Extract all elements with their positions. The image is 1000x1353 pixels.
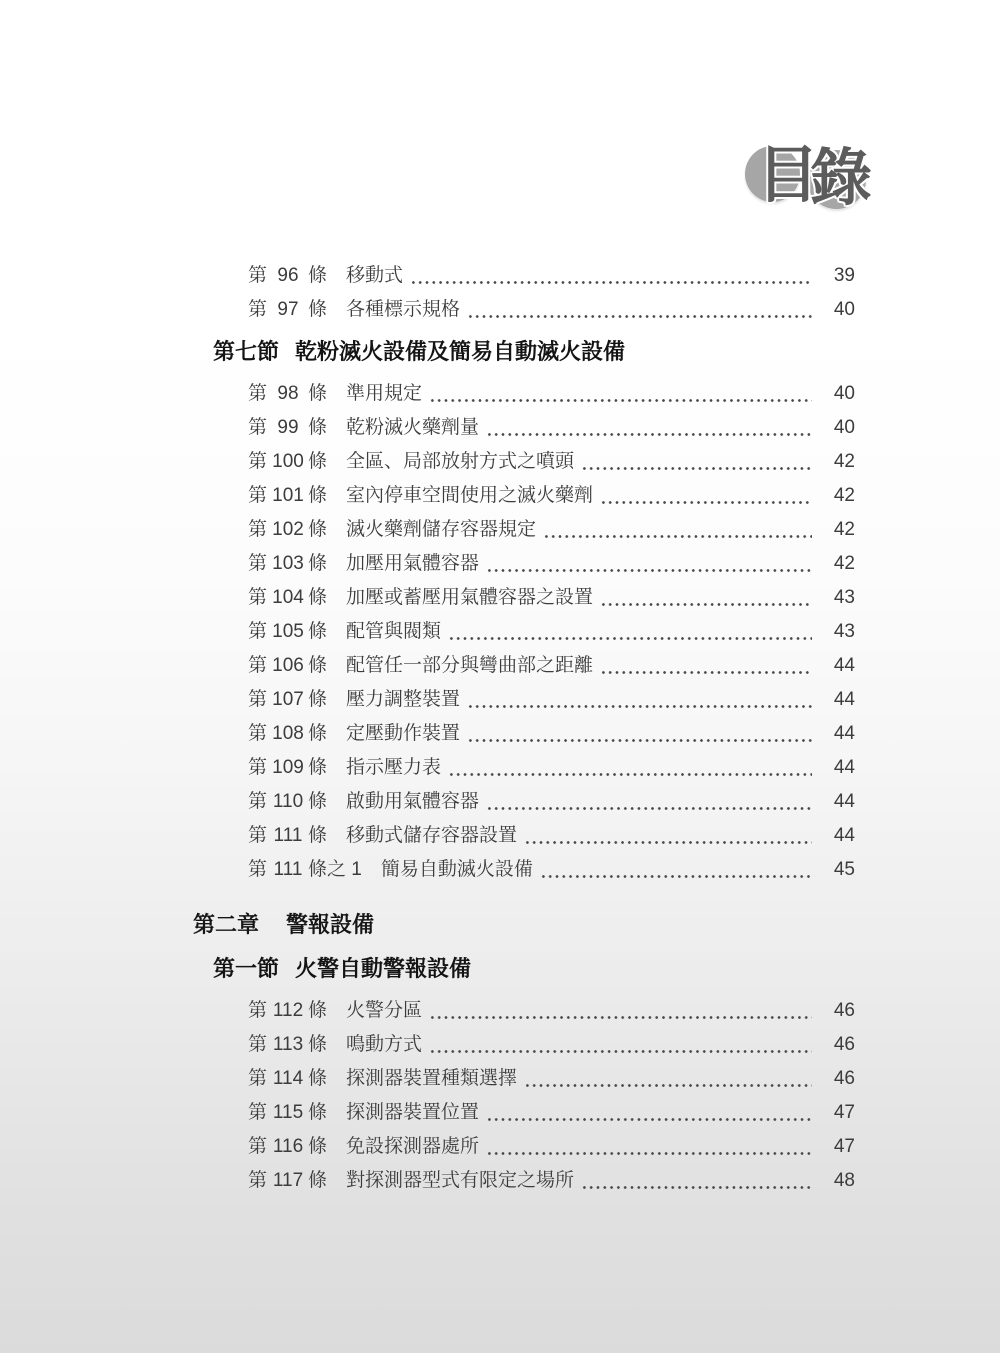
entry-page-number: 45 bbox=[817, 853, 855, 887]
toc-entry-row[interactable]: 第108條定壓動作裝置44 bbox=[248, 717, 855, 751]
entry-page-number: 46 bbox=[817, 1028, 855, 1062]
entry-article-suffix: 條 bbox=[308, 479, 327, 513]
toc-entry-row[interactable]: 第112條火警分區46 bbox=[248, 994, 855, 1028]
entry-article-prefix: 第 bbox=[248, 1062, 268, 1096]
toc-entry-row[interactable]: 第105條配管與閥類43 bbox=[248, 615, 855, 649]
table-of-contents-logo: 目 錄 bbox=[744, 139, 894, 227]
entry-article-suffix: 條 bbox=[308, 994, 327, 1028]
section-heading: 第一節火警自動警報設備 bbox=[213, 951, 855, 987]
entry-article-suffix: 條 bbox=[308, 1028, 327, 1062]
entry-article-suffix: 條 bbox=[308, 615, 327, 649]
entry-article-number: 106 bbox=[268, 649, 308, 683]
entry-title: 定壓動作裝置 bbox=[346, 717, 460, 751]
entry-title: 鳴動方式 bbox=[346, 1028, 422, 1062]
entry-title: 加壓用氣體容器 bbox=[346, 547, 479, 581]
dot-leader bbox=[410, 259, 812, 293]
entry-article-suffix: 條 bbox=[308, 819, 327, 853]
entry-article-suffix: 條 bbox=[308, 1062, 327, 1096]
chapter-heading: 第二章警報設備 bbox=[193, 906, 855, 944]
toc-entry-row[interactable]: 第117條對探測器型式有限定之場所48 bbox=[248, 1164, 855, 1198]
entry-title: 對探測器型式有限定之場所 bbox=[346, 1164, 574, 1198]
dot-leader bbox=[429, 377, 812, 411]
dot-leader bbox=[486, 1130, 812, 1164]
entry-article-number: 103 bbox=[268, 547, 308, 581]
entry-article-prefix: 第 bbox=[248, 581, 268, 615]
entry-article-suffix: 條 bbox=[308, 445, 327, 479]
entry-article-prefix: 第 bbox=[248, 293, 268, 327]
entry-article-prefix: 第 bbox=[248, 717, 268, 751]
entry-page-number: 42 bbox=[817, 547, 855, 581]
entry-title: 配管與閥類 bbox=[346, 615, 441, 649]
entry-article-suffix: 條 bbox=[308, 1096, 327, 1130]
entry-article-suffix: 條 bbox=[308, 259, 327, 293]
entry-article-number: 110 bbox=[268, 785, 308, 819]
entry-article-number: 112 bbox=[268, 994, 308, 1028]
entry-article-suffix: 條 bbox=[308, 1130, 327, 1164]
entry-article-number: 113 bbox=[268, 1028, 308, 1062]
entry-page-number: 44 bbox=[817, 717, 855, 751]
toc-page: 目 錄 第96條移動式39第97條各種標示規格40第七節乾粉滅火設備及簡易自動滅… bbox=[0, 0, 1000, 1353]
section-number: 第一節 bbox=[213, 956, 279, 981]
dot-leader bbox=[486, 785, 812, 819]
toc-entry-row[interactable]: 第113條鳴動方式46 bbox=[248, 1028, 855, 1062]
entry-title: 免設探測器處所 bbox=[346, 1130, 479, 1164]
entry-title: 火警分區 bbox=[346, 994, 422, 1028]
entry-page-number: 44 bbox=[817, 785, 855, 819]
entry-page-number: 42 bbox=[817, 513, 855, 547]
entry-article-prefix: 第 bbox=[248, 377, 268, 411]
toc-entry-row[interactable]: 第104條加壓或蓄壓用氣體容器之設置43 bbox=[248, 581, 855, 615]
toc-entry-row[interactable]: 第111條之 1簡易自動滅火設備45 bbox=[248, 853, 855, 887]
entry-title: 移動式 bbox=[346, 259, 403, 293]
toc-entry-row[interactable]: 第111條移動式儲存容器設置44 bbox=[248, 819, 855, 853]
toc-entry-row[interactable]: 第102條滅火藥劑儲存容器規定42 bbox=[248, 513, 855, 547]
logo-glyph-lu: 錄 bbox=[810, 148, 872, 210]
entry-article-suffix: 條 bbox=[308, 1164, 327, 1198]
toc-entry-row[interactable]: 第99條乾粉滅火藥劑量40 bbox=[248, 411, 855, 445]
entry-article-number: 102 bbox=[268, 513, 308, 547]
entry-title: 加壓或蓄壓用氣體容器之設置 bbox=[346, 581, 593, 615]
entry-article-number: 97 bbox=[268, 293, 308, 327]
entry-article-prefix: 第 bbox=[248, 615, 268, 649]
entry-article-suffix: 條 bbox=[308, 377, 327, 411]
entry-article-prefix: 第 bbox=[248, 513, 268, 547]
entry-article-number: 114 bbox=[268, 1062, 308, 1096]
entry-article-suffix: 條 bbox=[308, 649, 327, 683]
dot-leader bbox=[486, 1096, 812, 1130]
toc-entry-row[interactable]: 第101條室內停車空間使用之滅火藥劑42 bbox=[248, 479, 855, 513]
entry-article-number: 104 bbox=[268, 581, 308, 615]
entry-page-number: 43 bbox=[817, 615, 855, 649]
entry-title: 探測器裝置種類選擇 bbox=[346, 1062, 517, 1096]
dot-leader bbox=[524, 819, 812, 853]
entry-article-number: 117 bbox=[268, 1164, 308, 1198]
entry-page-number: 46 bbox=[817, 1062, 855, 1096]
toc-entry-row[interactable]: 第100條全區、局部放射方式之噴頭42 bbox=[248, 445, 855, 479]
entry-title: 移動式儲存容器設置 bbox=[346, 819, 517, 853]
entry-article-number: 98 bbox=[268, 377, 308, 411]
chapter-title: 警報設備 bbox=[286, 912, 374, 937]
dot-leader bbox=[486, 411, 812, 445]
entry-article-suffix: 條 bbox=[308, 785, 327, 819]
dot-leader bbox=[467, 293, 812, 327]
entry-article-prefix: 第 bbox=[248, 1028, 268, 1062]
entry-title: 各種標示規格 bbox=[346, 293, 460, 327]
entry-article-prefix: 第 bbox=[248, 994, 268, 1028]
dot-leader bbox=[448, 615, 812, 649]
toc-entry-row[interactable]: 第114條探測器裝置種類選擇46 bbox=[248, 1062, 855, 1096]
dot-leader bbox=[581, 1164, 812, 1198]
dot-leader bbox=[581, 445, 812, 479]
chapter-number: 第二章 bbox=[193, 912, 259, 937]
entry-title: 啟動用氣體容器 bbox=[346, 785, 479, 819]
entry-page-number: 47 bbox=[817, 1096, 855, 1130]
entry-article-prefix: 第 bbox=[248, 751, 268, 785]
entry-article-number: 115 bbox=[268, 1096, 308, 1130]
entry-article-prefix: 第 bbox=[248, 1164, 268, 1198]
dot-leader bbox=[448, 751, 812, 785]
toc-entry-row[interactable]: 第109條指示壓力表44 bbox=[248, 751, 855, 785]
entry-article-suffix: 條 bbox=[308, 717, 327, 751]
entry-article-prefix: 第 bbox=[248, 785, 268, 819]
toc-entry-row[interactable]: 第116條免設探測器處所47 bbox=[248, 1130, 855, 1164]
dot-leader bbox=[467, 683, 812, 717]
entry-page-number: 40 bbox=[817, 411, 855, 445]
entry-page-number: 44 bbox=[817, 751, 855, 785]
entry-page-number: 42 bbox=[817, 479, 855, 513]
section-heading: 第七節乾粉滅火設備及簡易自動滅火設備 bbox=[213, 334, 855, 370]
entry-article-number: 111 bbox=[268, 819, 308, 853]
dot-leader bbox=[524, 1062, 812, 1096]
toc-entry-row[interactable]: 第97條各種標示規格40 bbox=[248, 293, 855, 327]
entry-article-prefix: 第 bbox=[248, 547, 268, 581]
entry-article-number: 111 bbox=[268, 853, 308, 887]
entry-article-suffix: 條 bbox=[308, 411, 327, 445]
dot-leader bbox=[600, 581, 812, 615]
entry-title: 全區、局部放射方式之噴頭 bbox=[346, 445, 574, 479]
entry-article-number: 96 bbox=[268, 259, 308, 293]
entry-article-prefix: 第 bbox=[248, 445, 268, 479]
toc-entry-row[interactable]: 第115條探測器裝置位置47 bbox=[248, 1096, 855, 1130]
entry-article-prefix: 第 bbox=[248, 479, 268, 513]
dot-leader bbox=[429, 994, 812, 1028]
entry-page-number: 42 bbox=[817, 445, 855, 479]
toc-entry-row[interactable]: 第103條加壓用氣體容器42 bbox=[248, 547, 855, 581]
dot-leader bbox=[486, 547, 812, 581]
entry-article-suffix: 條 bbox=[308, 683, 327, 717]
toc-list: 第96條移動式39第97條各種標示規格40第七節乾粉滅火設備及簡易自動滅火設備第… bbox=[193, 259, 855, 1198]
toc-entry-row[interactable]: 第96條移動式39 bbox=[248, 259, 855, 293]
entry-article-prefix: 第 bbox=[248, 649, 268, 683]
entry-title: 配管任一部分與彎曲部之距離 bbox=[346, 649, 593, 683]
entry-page-number: 43 bbox=[817, 581, 855, 615]
toc-entry-row[interactable]: 第106條配管任一部分與彎曲部之距離44 bbox=[248, 649, 855, 683]
entry-article-suffix: 條 bbox=[308, 513, 327, 547]
entry-article-prefix: 第 bbox=[248, 853, 268, 887]
entry-page-number: 40 bbox=[817, 377, 855, 411]
toc-entry-row[interactable]: 第107條壓力調整裝置44 bbox=[248, 683, 855, 717]
entry-title: 壓力調整裝置 bbox=[346, 683, 460, 717]
entry-page-number: 40 bbox=[817, 293, 855, 327]
entry-article-suffix: 條 bbox=[308, 547, 327, 581]
toc-entry-row[interactable]: 第98條準用規定40 bbox=[248, 377, 855, 411]
entry-article-prefix: 第 bbox=[248, 683, 268, 717]
entry-article-number: 116 bbox=[268, 1130, 308, 1164]
dot-leader bbox=[543, 513, 812, 547]
entry-article-number: 99 bbox=[268, 411, 308, 445]
entry-article-number: 107 bbox=[268, 683, 308, 717]
section-number: 第七節 bbox=[213, 339, 279, 364]
entry-page-number: 48 bbox=[817, 1164, 855, 1198]
entry-title: 室內停車空間使用之滅火藥劑 bbox=[346, 479, 593, 513]
toc-entry-row[interactable]: 第110條啟動用氣體容器44 bbox=[248, 785, 855, 819]
entry-article-number: 105 bbox=[268, 615, 308, 649]
dot-leader bbox=[540, 853, 812, 887]
entry-page-number: 39 bbox=[817, 259, 855, 293]
dot-leader bbox=[429, 1028, 812, 1062]
entry-article-prefix: 第 bbox=[248, 819, 268, 853]
entry-article-number: 101 bbox=[268, 479, 308, 513]
entry-article-number: 109 bbox=[268, 751, 308, 785]
entry-article-suffix: 條之 1 bbox=[308, 853, 362, 887]
entry-title: 探測器裝置位置 bbox=[346, 1096, 479, 1130]
dot-leader bbox=[600, 479, 812, 513]
entry-article-prefix: 第 bbox=[248, 259, 268, 293]
entry-title: 指示壓力表 bbox=[346, 751, 441, 785]
dot-leader bbox=[467, 717, 812, 751]
entry-page-number: 44 bbox=[817, 649, 855, 683]
entry-page-number: 44 bbox=[817, 683, 855, 717]
entry-article-prefix: 第 bbox=[248, 1096, 268, 1130]
dot-leader bbox=[600, 649, 812, 683]
entry-title: 準用規定 bbox=[346, 377, 422, 411]
entry-article-number: 108 bbox=[268, 717, 308, 751]
entry-article-number: 100 bbox=[268, 445, 308, 479]
entry-article-prefix: 第 bbox=[248, 1130, 268, 1164]
entry-title: 乾粉滅火藥劑量 bbox=[346, 411, 479, 445]
entry-article-suffix: 條 bbox=[308, 293, 327, 327]
entry-article-prefix: 第 bbox=[248, 411, 268, 445]
entry-article-suffix: 條 bbox=[308, 751, 327, 785]
entry-title: 滅火藥劑儲存容器規定 bbox=[346, 513, 536, 547]
entry-title: 簡易自動滅火設備 bbox=[381, 853, 533, 887]
entry-page-number: 44 bbox=[817, 819, 855, 853]
entry-article-suffix: 條 bbox=[308, 581, 327, 615]
entry-page-number: 47 bbox=[817, 1130, 855, 1164]
entry-page-number: 46 bbox=[817, 994, 855, 1028]
section-title: 乾粉滅火設備及簡易自動滅火設備 bbox=[295, 339, 625, 364]
section-title: 火警自動警報設備 bbox=[295, 956, 471, 981]
